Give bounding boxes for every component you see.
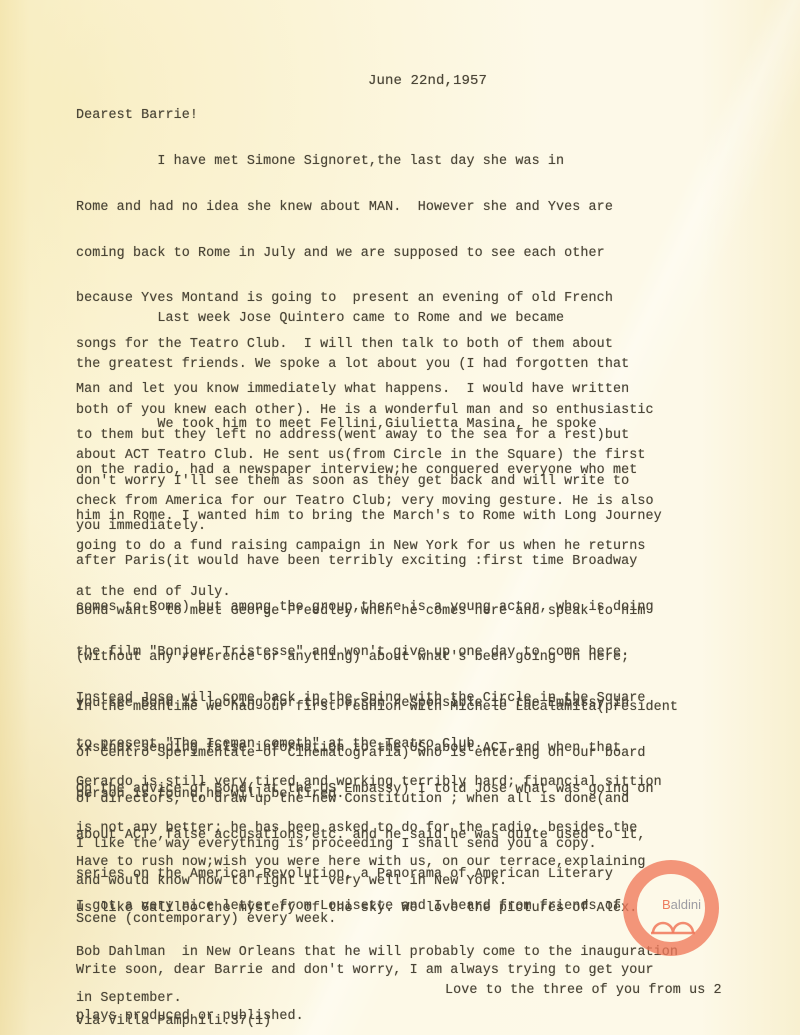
salutation: Dearest Barrie!	[76, 108, 198, 123]
line: I have met Simone Signoret,the last day …	[76, 154, 629, 169]
line: on the radio, had a newspaper interview;…	[76, 463, 662, 478]
line: Rome and had no idea she knew about MAN.…	[76, 200, 629, 215]
line: We took him to meet Fellini,Giulietta Ma…	[76, 417, 662, 432]
line: (without any reference or anything) abou…	[76, 650, 646, 665]
line: Bond wants to meet George Freedley when …	[76, 604, 646, 619]
letter-date: June 22nd,1957	[368, 74, 487, 89]
line: Write soon, dear Barrie and don't worry,…	[76, 963, 654, 978]
line: In the meantime we had our first reunion…	[76, 700, 678, 715]
line: I got a very nice letter from Louisette …	[76, 899, 678, 914]
stamp-b-logo-icon	[651, 915, 695, 935]
line: him in Rome. I wanted him to bring the M…	[76, 509, 662, 524]
line: after Paris(it would have been terribly …	[76, 554, 662, 569]
line: Gerardo is still very tired and working …	[76, 775, 662, 790]
stamp-initial: B	[662, 897, 671, 912]
archive-stamp-label: Baldini	[662, 897, 701, 912]
line: Last week Jose Quintero came to Rome and…	[76, 311, 654, 326]
line: coming back to Rome in July and we are s…	[76, 246, 629, 261]
line: the greatest friends. We spoke a lot abo…	[76, 357, 654, 372]
closing-line: Love to the three of you from us 2	[445, 983, 722, 998]
return-address: Via Villa Pamphili.37(1)	[76, 1014, 271, 1029]
stamp-label-rest: aldini	[671, 897, 701, 912]
